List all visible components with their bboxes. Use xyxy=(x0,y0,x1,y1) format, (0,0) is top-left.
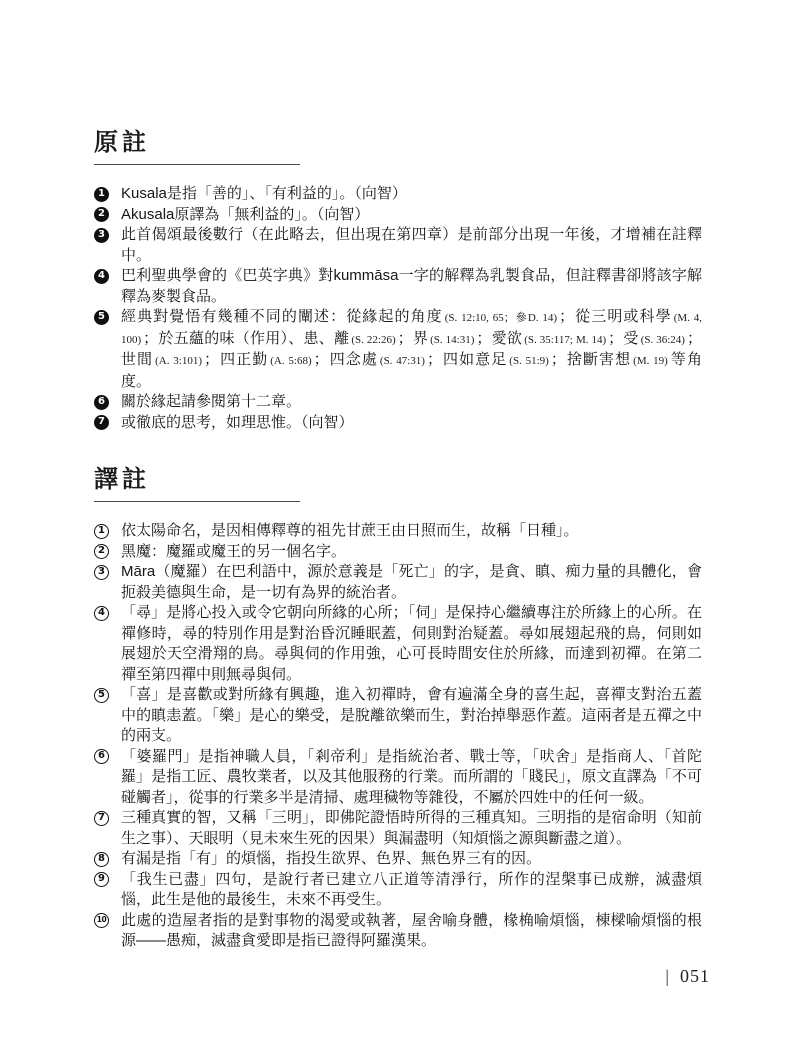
citation-ref: (S. 36:24) xyxy=(641,334,685,346)
note-text: 三種真實的智，又稱「三明」，即佛陀證悟時所得的三種真知。三明指的是宿命明（知前生… xyxy=(121,809,702,847)
note-body: 此首偈頌最後數行（在此略去，但出現在第四章）是前部分出現一年後，才增補在註釋中。 xyxy=(121,226,702,264)
note-text: 經典對覺悟有幾種不同的闡述：從緣起的角度 xyxy=(121,308,443,325)
note-number-badge: 8 xyxy=(94,852,109,867)
note-body: 有漏是指「有」的煩惱，指投生欲界、色界、無色界三有的因。 xyxy=(121,850,541,867)
note-number-badge: 6 xyxy=(94,395,109,410)
note-item: 4 巴利聖典學會的《巴英字典》對kummāsa一字的解釋為乳製食品，但註釋書卻將… xyxy=(94,266,702,307)
note-text: 此處的造屋者指的是對事物的渴愛或執著，屋舍喻身體，椽桷喻煩惱，棟樑喻煩惱的根源—… xyxy=(121,912,702,950)
note-number-badge: 2 xyxy=(94,544,109,559)
note-item: 7 三種真實的智，又稱「三明」，即佛陀證悟時所得的三種真知。三明指的是宿命明（知… xyxy=(94,808,702,849)
note-item: 5 經典對覺悟有幾種不同的闡述：從緣起的角度(S. 12:10, 65；參D. … xyxy=(94,307,702,392)
note-text: 關於緣起請參閱第十二章。 xyxy=(121,393,301,410)
note-body: Akusala原譯為「無利益的」。（向智） xyxy=(121,206,369,223)
note-body: Māra（魔羅）在巴利語中，源於意義是「死亡」的字，是貪、瞋、痴力量的具體化，會… xyxy=(121,563,702,601)
note-body: 黑魔：魔羅或魔王的另一個名字。 xyxy=(121,543,346,560)
citation-ref: (S. 35:117; M. 14) xyxy=(524,334,606,346)
note-item: 3 Māra（魔羅）在巴利語中，源於意義是「死亡」的字，是貪、瞋、痴力量的具體化… xyxy=(94,562,702,603)
note-text: 黑魔：魔羅或魔王的另一個名字。 xyxy=(121,543,346,560)
note-text: 「婆羅門」是指神職人員，「剎帝利」是指統治者、戰士等，「吠舍」是指商人、「首陀羅… xyxy=(121,748,702,806)
note-body: 「尋」是將心投入或令它朝向所緣的心所；「伺」是保持心繼續專注於所緣上的心所。在禪… xyxy=(121,604,702,683)
note-body: 「我生已盡」四句，是說行者已建立八正道等清淨行，所作的涅槃事已成辦，滅盡煩惱，此… xyxy=(121,871,702,909)
note-number-badge: 7 xyxy=(94,811,109,826)
note-number-badge: 9 xyxy=(94,872,109,887)
note-text: 「尋」是將心投入或令它朝向所緣的心所；「伺」是保持心繼續專注於所緣上的心所。在禪… xyxy=(121,604,702,683)
note-number-badge: 2 xyxy=(94,207,109,222)
section-title-underline xyxy=(94,501,300,502)
citation-ref: (S. 47:31) xyxy=(380,355,425,367)
note-item: 2 Akusala原譯為「無利益的」。（向智） xyxy=(94,205,702,226)
citation-ref: (M. 19) xyxy=(633,355,668,367)
note-body: 關於緣起請參閱第十二章。 xyxy=(121,393,301,410)
note-text: 「喜」是喜歡或對所緣有興趣，進入初禪時，會有遍滿全身的喜生起，喜禪支對治五蓋中的… xyxy=(121,686,702,744)
note-number-badge: 1 xyxy=(94,187,109,202)
note-text: 「我生已盡」四句，是說行者已建立八正道等清淨行，所作的涅槃事已成辦，滅盡煩惱，此… xyxy=(121,871,702,909)
note-text: ；界 xyxy=(398,330,429,347)
note-item: 2 黑魔：魔羅或魔王的另一個名字。 xyxy=(94,542,702,563)
note-body: Kusala是指「善的」、「有利益的」。（向智） xyxy=(121,185,407,202)
note-number-badge: 4 xyxy=(94,606,109,621)
note-body: 或徹底的思考，如理思惟。（向智） xyxy=(121,414,354,431)
note-body: 「婆羅門」是指神職人員，「剎帝利」是指統治者、戰士等，「吠舍」是指商人、「首陀羅… xyxy=(121,748,702,806)
note-item: 5 「喜」是喜歡或對所緣有興趣，進入初禪時，會有遍滿全身的喜生起，喜禪支對治五蓋… xyxy=(94,685,702,747)
note-body: 經典對覺悟有幾種不同的闡述：從緣起的角度(S. 12:10, 65；參D. 14… xyxy=(121,308,702,390)
citation-ref: (A. 5:68) xyxy=(270,355,311,367)
note-text: ；捨斷害想 xyxy=(551,351,631,368)
note-body: 巴利聖典學會的《巴英字典》對kummāsa一字的解釋為乳製食品，但註釋書卻將該字… xyxy=(121,267,702,305)
note-number-badge: 4 xyxy=(94,269,109,284)
page-number-value: 051 xyxy=(680,966,710,987)
note-text: 依太陽命名，是因相傳釋尊的祖先甘蔗王由日照而生，故稱「日種」。 xyxy=(121,522,579,539)
note-item: 1 依太陽命名，是因相傳釋尊的祖先甘蔗王由日照而生，故稱「日種」。 xyxy=(94,521,702,542)
note-number-badge: 5 xyxy=(94,688,109,703)
note-number-badge: 5 xyxy=(94,310,109,325)
note-text: ；四念處 xyxy=(314,351,378,368)
page-number-separator: | xyxy=(665,966,670,987)
note-text: 有漏是指「有」的煩惱，指投生欲界、色界、無色界三有的因。 xyxy=(121,850,541,867)
section-title-original-notes: 原註 xyxy=(94,129,702,156)
note-number-badge: 6 xyxy=(94,749,109,764)
note-body: 「喜」是喜歡或對所緣有興趣，進入初禪時，會有遍滿全身的喜生起，喜禪支對治五蓋中的… xyxy=(121,686,702,744)
note-body: 此處的造屋者指的是對事物的渴愛或執著，屋舍喻身體，椽桷喻煩惱，棟樑喻煩惱的根源—… xyxy=(121,912,702,950)
note-body: 三種真實的智，又稱「三明」，即佛陀證悟時所得的三種真知。三明指的是宿命明（知前生… xyxy=(121,809,702,847)
note-text: Māra（魔羅）在巴利語中，源於意義是「死亡」的字，是貪、瞋、痴力量的具體化，會… xyxy=(121,563,702,601)
note-item: 3 此首偈頌最後數行（在此略去，但出現在第四章）是前部分出現一年後，才增補在註釋… xyxy=(94,225,702,266)
section-title-underline xyxy=(94,164,300,165)
note-text: 此首偈頌最後數行（在此略去，但出現在第四章）是前部分出現一年後，才增補在註釋中。 xyxy=(121,226,702,264)
note-item: 10 此處的造屋者指的是對事物的渴愛或執著，屋舍喻身體，椽桷喻煩惱，棟樑喻煩惱的… xyxy=(94,911,702,952)
note-text: ；從三明或科學 xyxy=(559,308,672,325)
note-text: ；受 xyxy=(608,330,639,347)
page-number: | 051 xyxy=(665,966,710,987)
translator-notes-list: 1 依太陽命名，是因相傳釋尊的祖先甘蔗王由日照而生，故稱「日種」。 2 黑魔：魔… xyxy=(94,521,702,952)
note-text: ；四正勤 xyxy=(204,351,268,368)
note-text: 或徹底的思考，如理思惟。（向智） xyxy=(121,414,354,431)
citation-ref: (A. 3:101) xyxy=(155,355,202,367)
note-text: ；愛欲 xyxy=(476,330,522,347)
note-text: Kusala是指「善的」、「有利益的」。（向智） xyxy=(121,185,407,202)
citation-ref: (S. 51:9) xyxy=(509,355,549,367)
note-number-badge: 3 xyxy=(94,565,109,580)
section-title-translator-notes: 譯註 xyxy=(94,466,702,493)
citation-ref: (S. 14:31) xyxy=(430,334,474,346)
note-body: 依太陽命名，是因相傳釋尊的祖先甘蔗王由日照而生，故稱「日種」。 xyxy=(121,522,579,539)
note-item: 9 「我生已盡」四句，是說行者已建立八正道等清淨行，所作的涅槃事已成辦，滅盡煩惱… xyxy=(94,870,702,911)
note-number-badge: 7 xyxy=(94,415,109,430)
book-page: 原註 1 Kusala是指「善的」、「有利益的」。（向智） 2 Akusala原… xyxy=(0,0,792,1056)
original-notes-list: 1 Kusala是指「善的」、「有利益的」。（向智） 2 Akusala原譯為「… xyxy=(94,184,702,433)
note-number-badge: 10 xyxy=(94,913,109,928)
section-translator-notes: 譯註 1 依太陽命名，是因相傳釋尊的祖先甘蔗王由日照而生，故稱「日種」。 2 黑… xyxy=(94,466,702,952)
citation-ref: (S. 12:10, 65；參D. 14) xyxy=(445,312,557,324)
note-text: Akusala原譯為「無利益的」。（向智） xyxy=(121,206,369,223)
note-item: 6 「婆羅門」是指神職人員，「剎帝利」是指統治者、戰士等，「吠舍」是指商人、「首… xyxy=(94,747,702,809)
note-item: 7 或徹底的思考，如理思惟。（向智） xyxy=(94,413,702,434)
citation-ref: (S. 22:26) xyxy=(351,334,395,346)
note-text: 巴利聖典學會的《巴英字典》對kummāsa一字的解釋為乳製食品，但註釋書卻將該字… xyxy=(121,267,702,305)
note-item: 6 關於緣起請參閱第十二章。 xyxy=(94,392,702,413)
note-text: ；四如意足 xyxy=(427,351,507,368)
note-number-badge: 1 xyxy=(94,524,109,539)
note-item: 1 Kusala是指「善的」、「有利益的」。（向智） xyxy=(94,184,702,205)
page-content: 原註 1 Kusala是指「善的」、「有利益的」。（向智） 2 Akusala原… xyxy=(94,129,702,952)
section-original-notes: 原註 1 Kusala是指「善的」、「有利益的」。（向智） 2 Akusala原… xyxy=(94,129,702,433)
note-item: 4 「尋」是將心投入或令它朝向所緣的心所；「伺」是保持心繼續專注於所緣上的心所。… xyxy=(94,603,702,685)
note-text: ；於五蘊的味（作用）、患、離 xyxy=(143,330,349,347)
note-item: 8 有漏是指「有」的煩惱，指投生欲界、色界、無色界三有的因。 xyxy=(94,849,702,870)
note-number-badge: 3 xyxy=(94,228,109,243)
